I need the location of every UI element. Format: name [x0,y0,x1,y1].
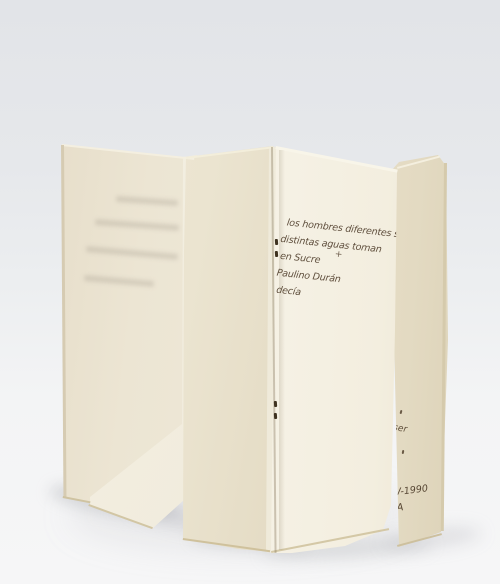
handwritten-poem: los hombres diferentes son distintas agu… [272,214,405,311]
spine-shadow [279,150,285,550]
ghost-showthrough-text [95,219,179,231]
binding-stitch [274,413,277,419]
ink-mark [400,410,403,414]
ink-mark [402,450,405,454]
binding-stitch [275,251,278,257]
photo: ser -IV-1990 ·A los hombres diferentes s… [0,0,500,584]
binding-stitch [274,401,277,407]
binding-stitch [275,239,278,245]
ghost-showthrough-text [84,275,154,287]
ghost-showthrough-text [116,196,178,206]
edge-fragment-text: ser [392,423,407,435]
ghost-showthrough-text [86,246,178,260]
edge-fragment-date: -IV-1990 [388,483,429,499]
